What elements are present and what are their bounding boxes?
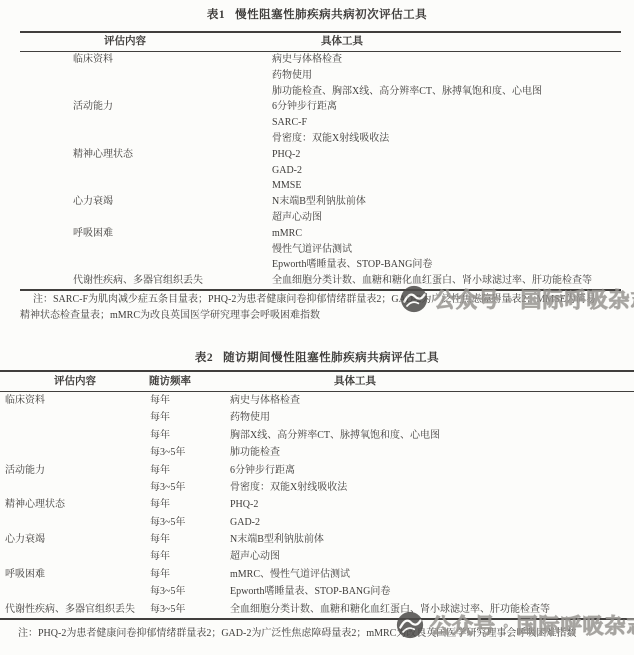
cell-category: 呼吸困难 (0, 566, 150, 583)
cell-category (20, 131, 272, 147)
cell-category (0, 583, 150, 600)
cell-category (20, 257, 272, 273)
cell-tool: 超声心动图 (230, 548, 634, 565)
table-row: 临床资料每年病史与体格检查 (0, 392, 634, 409)
table-row: 慢性气道评估测试 (20, 242, 621, 258)
table2-header-tool: 具体工具 (230, 372, 480, 391)
cell-tool: MMSE (272, 178, 621, 194)
cell-category (0, 548, 150, 565)
cell-category: 活动能力 (20, 99, 272, 115)
cell-category: 呼吸困难 (20, 226, 272, 242)
table-row: 活动能力6分钟步行距离 (20, 99, 621, 115)
cell-tool: Epworth嗜睡量表、STOP-BANG问卷 (230, 583, 634, 600)
cell-category (0, 479, 150, 496)
table-row: 每3~5年Epworth嗜睡量表、STOP-BANG问卷 (0, 583, 634, 600)
table-row: 临床资料病史与体格检查 (20, 52, 621, 68)
cell-tool: Epworth嗜睡量表、STOP-BANG问卷 (272, 257, 621, 273)
cell-frequency: 每3~5年 (150, 444, 230, 461)
table2-title: 表2随访期间慢性阻塞性肺疾病共病评估工具 (0, 349, 634, 365)
table2-header-frequency: 随访频率 (149, 372, 229, 391)
cell-frequency: 每3~5年 (150, 514, 230, 531)
cell-category: 精神心理状态 (20, 147, 272, 163)
cell-category (0, 514, 150, 531)
cell-frequency: 每年 (150, 496, 230, 513)
table-row: 每3~5年肺功能检查 (0, 444, 634, 461)
table-row: 骨密度：双能X射线吸收法 (20, 131, 621, 147)
cell-frequency: 每年 (150, 392, 230, 409)
journal-logo-icon (396, 611, 424, 639)
cell-tool: 胸部X线、高分辨率CT、脉搏氧饱和度、心电图 (230, 427, 634, 444)
cell-tool: 骨密度：双能X射线吸收法 (272, 131, 621, 147)
table-row: 活动能力每年6分钟步行距离 (0, 462, 634, 479)
cell-tool: SARC-F (272, 115, 621, 131)
cell-category (20, 210, 272, 226)
cell-category: 活动能力 (0, 462, 150, 479)
table1-header-tool: 具体工具 (272, 33, 412, 51)
cell-tool: 6分钟步行距离 (230, 462, 634, 479)
table1-title: 表1慢性阻塞性肺疾病共病初次评估工具 (0, 6, 634, 22)
table-row: 肺功能检查、胸部X线、高分辨率CT、脉搏氧饱和度、心电图 (20, 84, 621, 100)
journal-logo-icon (400, 285, 428, 313)
table1: 评估内容 具体工具 临床资料病史与体格检查药物使用肺功能检查、胸部X线、高分辨率… (20, 31, 621, 291)
cell-category: 临床资料 (0, 392, 150, 409)
cell-tool: 慢性气道评估测试 (272, 242, 621, 258)
table-row: 呼吸困难每年mMRC、慢性气道评估测试 (0, 566, 634, 583)
cell-category (0, 444, 150, 461)
cell-category (20, 163, 272, 179)
table1-title-text: 慢性阻塞性肺疾病共病初次评估工具 (235, 9, 427, 21)
cell-frequency: 每3~5年 (150, 479, 230, 496)
cell-category (0, 427, 150, 444)
cell-tool: 药物使用 (230, 409, 634, 426)
table1-title-label: 表1 (207, 9, 225, 21)
table1-rows: 临床资料病史与体格检查药物使用肺功能检查、胸部X线、高分辨率CT、脉搏氧饱和度、… (20, 52, 621, 291)
cell-frequency: 每年 (150, 531, 230, 548)
cell-tool: 病史与体格检查 (272, 52, 621, 68)
cell-category (20, 68, 272, 84)
cell-tool: PHQ-2 (230, 496, 634, 513)
cell-frequency: 每年 (150, 462, 230, 479)
table2-rows: 临床资料每年病史与体格检查每年药物使用每年胸部X线、高分辨率CT、脉搏氧饱和度、… (0, 392, 634, 620)
cell-category: 临床资料 (20, 52, 272, 68)
cell-frequency: 每年 (150, 566, 230, 583)
table-row: 呼吸困难mMRC (20, 226, 621, 242)
cell-category: 精神心理状态 (0, 496, 150, 513)
table-row: MMSE (20, 178, 621, 194)
table-row: 精神心理状态每年PHQ-2 (0, 496, 634, 513)
cell-tool: 病史与体格检查 (230, 392, 634, 409)
cell-tool: mMRC、慢性气道评估测试 (230, 566, 634, 583)
table-row: 心力衰竭每年N末端B型利钠肽前体 (0, 531, 634, 548)
cell-category: 代谢性疾病、多器官组织丢失 (20, 273, 272, 289)
cell-tool: mMRC (272, 226, 621, 242)
cell-category: 心力衰竭 (20, 194, 272, 210)
table2-header-content: 评估内容 (0, 372, 150, 391)
table2-header-row: 评估内容 随访频率 具体工具 (0, 372, 634, 392)
table2-title-text: 随访期间慢性阻塞性肺疾病共病评估工具 (223, 352, 439, 364)
table1-header-row: 评估内容 具体工具 (20, 33, 621, 52)
table-row: 每年药物使用 (0, 409, 634, 426)
cell-tool: 肺功能检查 (230, 444, 634, 461)
watermark-middle: 公众号 · 国际呼吸杂志 (400, 284, 634, 314)
document-page: 表1慢性阻塞性肺疾病共病初次评估工具 评估内容 具体工具 临床资料病史与体格检查… (0, 0, 634, 655)
table-row: 超声心动图 (20, 210, 621, 226)
cell-frequency: 每3~5年 (150, 583, 230, 600)
cell-category: 代谢性疾病、多器官组织丢失 (0, 601, 150, 618)
cell-tool: 超声心动图 (272, 210, 621, 226)
table-row: 每年胸部X线、高分辨率CT、脉搏氧饱和度、心电图 (0, 427, 634, 444)
watermark-text: 公众号 · 国际呼吸杂志 (430, 610, 634, 640)
table-row: 心力衰竭N末端B型利钠肽前体 (20, 194, 621, 210)
cell-category: 心力衰竭 (0, 531, 150, 548)
table-row: 每年超声心动图 (0, 548, 634, 565)
cell-tool: N末端B型利钠肽前体 (230, 531, 634, 548)
table-row: SARC-F (20, 115, 621, 131)
cell-category (20, 84, 272, 100)
table2: 评估内容 随访频率 具体工具 临床资料每年病史与体格检查每年药物使用每年胸部X线… (0, 370, 634, 620)
cell-frequency: 每年 (150, 409, 230, 426)
cell-frequency: 每3~5年 (150, 601, 230, 618)
table-row: 每3~5年GAD-2 (0, 514, 634, 531)
watermark-text: 公众号 · 国际呼吸杂志 (434, 284, 634, 314)
table-row: Epworth嗜睡量表、STOP-BANG问卷 (20, 257, 621, 273)
cell-tool: 6分钟步行距离 (272, 99, 621, 115)
cell-tool: PHQ-2 (272, 147, 621, 163)
cell-frequency: 每年 (150, 548, 230, 565)
cell-tool: 肺功能检查、胸部X线、高分辨率CT、脉搏氧饱和度、心电图 (272, 84, 621, 100)
table-row: 精神心理状态PHQ-2 (20, 147, 621, 163)
watermark-bottom: 公众号 · 国际呼吸杂志 (396, 610, 634, 640)
table2-title-label: 表2 (195, 352, 213, 364)
table-row: 药物使用 (20, 68, 621, 84)
cell-tool: GAD-2 (230, 514, 634, 531)
cell-category (20, 178, 272, 194)
cell-tool: 骨密度：双能X射线吸收法 (230, 479, 634, 496)
cell-category (20, 242, 272, 258)
cell-tool: GAD-2 (272, 163, 621, 179)
table1-header-content: 评估内容 (40, 33, 210, 51)
table-row: GAD-2 (20, 163, 621, 179)
cell-frequency: 每年 (150, 427, 230, 444)
cell-category (0, 409, 150, 426)
table-row: 每3~5年骨密度：双能X射线吸收法 (0, 479, 634, 496)
cell-tool: 药物使用 (272, 68, 621, 84)
cell-tool: N末端B型利钠肽前体 (272, 194, 621, 210)
cell-category (20, 115, 272, 131)
